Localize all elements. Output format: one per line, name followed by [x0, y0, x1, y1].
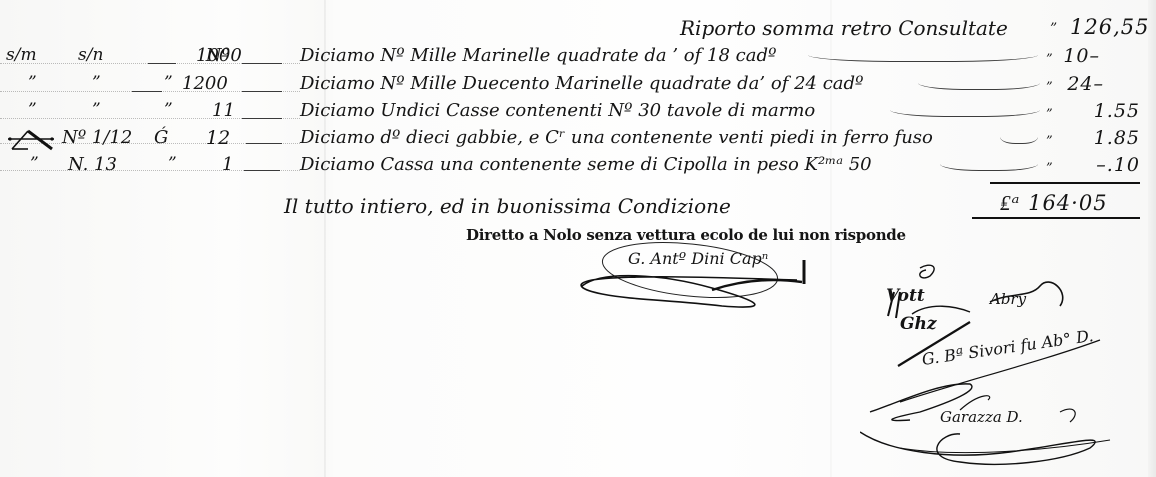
leader-wave: [1000, 137, 1038, 144]
carried-forward-amount: 126,55: [1070, 17, 1149, 38]
leader-dash: [132, 91, 162, 92]
leader-wave: [940, 164, 1038, 171]
signatures-cluster: Vott Ghz Abry G. Bª Sivori fu Ab° D. Gar…: [860, 262, 1156, 477]
total-value: 164·05: [1028, 191, 1107, 215]
item-number: s/n: [78, 47, 103, 64]
item-number: ”: [92, 75, 101, 92]
item-quantity: 1000: [196, 47, 242, 65]
item-number: Nº 1/12: [62, 129, 132, 147]
item-quantity: 12: [206, 129, 230, 148]
ditto-mark: ”: [1050, 22, 1057, 36]
item-description: Diciamo dº dieci gabbie, e Cʳ una conten…: [300, 129, 933, 147]
leader-dash: [242, 63, 282, 64]
line-item: ” ” ” 1200 Diciamo Nº Mille Duecento Mar…: [0, 75, 1156, 99]
total-amount: ₤ᵃ 164·05: [1000, 193, 1108, 214]
item-mark: ”: [28, 102, 37, 119]
total-rule-bottom: [972, 217, 1140, 219]
item-mark: ”: [30, 156, 39, 173]
line-item: s/m s/n Nº 1000 Diciamo Nº Mille Marinel…: [0, 47, 1156, 71]
leader-dash: [244, 170, 280, 171]
item-quantity: 1: [222, 156, 233, 174]
closing-statement: Il tutto intiero, ed in buonissima Condi…: [284, 196, 731, 216]
ditto-mark: ”: [1046, 53, 1053, 66]
item-mark: s/m: [6, 47, 37, 64]
line-item: ” N. 13 ” 1 Diciamo Cassa una contenente…: [0, 156, 1156, 180]
leader-wave: [808, 55, 1038, 62]
leader-dash: [246, 143, 282, 144]
leader-dash: [242, 118, 282, 119]
item-quantity-prefix: ”: [164, 75, 173, 92]
item-number: N. 13: [68, 156, 117, 174]
item-quantity: 11: [212, 102, 235, 120]
item-amount: 1.85: [1070, 129, 1140, 148]
leader-dash: [242, 91, 282, 92]
item-number: ”: [92, 102, 101, 119]
signature: Garazza D.: [940, 408, 1023, 426]
leader-wave: [890, 110, 1040, 117]
line-item: ” ” ” 11 Diciamo Undici Casse contenenti…: [0, 102, 1156, 126]
item-quantity: 1200: [182, 75, 228, 93]
total-rule-top: [990, 182, 1140, 184]
signature: Vott: [886, 286, 925, 306]
item-amount: 24–: [1064, 75, 1104, 94]
item-amount: –.10: [1070, 156, 1140, 175]
item-amount: 10–: [1060, 47, 1100, 66]
manuscript-page: Riporto somma retro Consultate ” 126,55 …: [0, 0, 1156, 477]
leader-wave: [918, 83, 1040, 90]
paper-fold-line: [324, 0, 326, 477]
ditto-mark: ”: [1046, 108, 1053, 121]
item-quantity-prefix: Ǵ: [154, 129, 168, 147]
captain-signature: G. Antº Dini Capⁿ: [628, 251, 768, 267]
currency-symbol: ₤ᵃ: [1000, 191, 1020, 215]
item-description: Diciamo Cassa una contenente seme di Cip…: [300, 156, 872, 174]
item-quantity-prefix: ”: [168, 156, 177, 173]
item-description: Diciamo Nº Mille Duecento Marinelle quad…: [300, 75, 864, 93]
ditto-mark: ”: [1046, 81, 1053, 94]
signature: Ghz: [900, 314, 937, 334]
item-description: Diciamo Undici Casse contenenti Nº 30 ta…: [300, 102, 815, 120]
item-amount: 1.55: [1070, 102, 1140, 121]
triangle-mark-icon: [8, 129, 54, 151]
ditto-mark: ”: [1046, 135, 1053, 148]
item-description: Diciamo Nº Mille Marinelle quadrate da ’…: [300, 47, 776, 65]
line-item: Nº 1/12 Ǵ 12 Diciamo dº dieci gabbie, e…: [0, 129, 1156, 153]
item-mark: ”: [28, 75, 37, 92]
item-quantity-prefix: ”: [164, 102, 173, 119]
ditto-mark: ”: [1046, 162, 1053, 175]
carried-forward-label: Riporto somma retro Consultate: [680, 18, 1008, 38]
signature: Abry: [990, 290, 1026, 308]
